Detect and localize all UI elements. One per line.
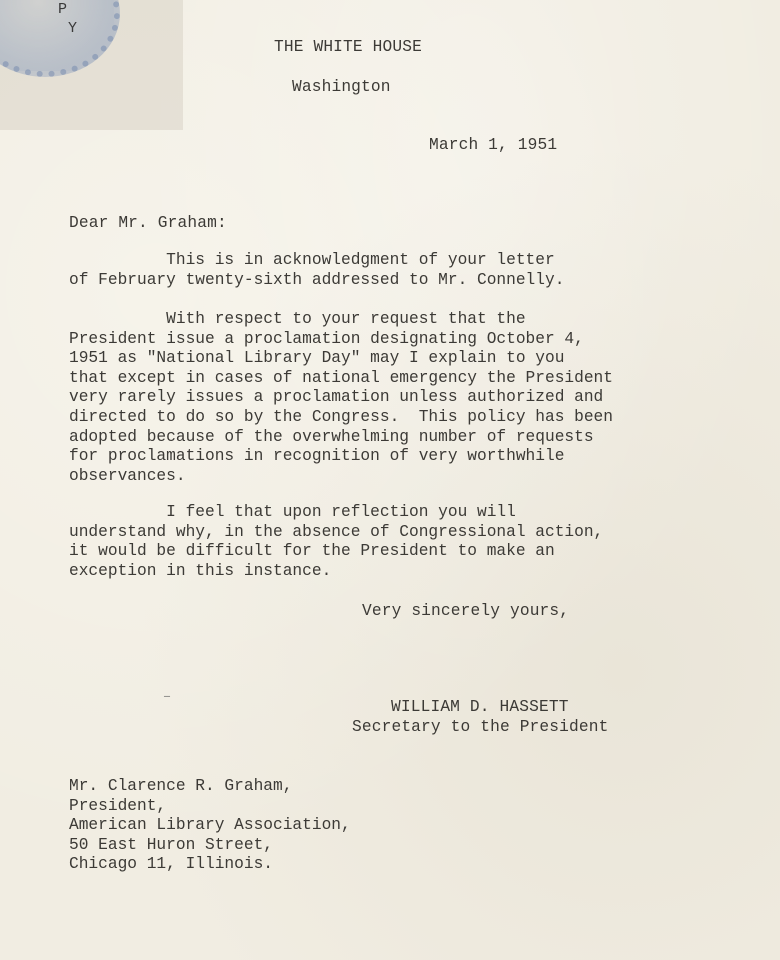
paragraph-line: for proclamations in recognition of very… bbox=[69, 447, 613, 467]
paragraph-line: 1951 as "National Library Day" may I exp… bbox=[69, 349, 613, 369]
signature-title: Secretary to the President bbox=[352, 717, 608, 737]
paragraph-line: This is in acknowledgment of your letter bbox=[69, 251, 564, 271]
paragraph-line: adopted because of the overwhelming numb… bbox=[69, 428, 613, 448]
body-paragraph-3: I feel that upon reflection you will und… bbox=[69, 503, 603, 581]
recipient-address: Mr. Clarence R. Graham, President, Ameri… bbox=[69, 777, 351, 875]
paragraph-line: observances. bbox=[69, 467, 613, 487]
letter-date: March 1, 1951 bbox=[429, 135, 557, 155]
paragraph-line: With respect to your request that the bbox=[69, 310, 613, 330]
paragraph-line: exception in this instance. bbox=[69, 562, 603, 582]
paragraph-line: President issue a proclamation designati… bbox=[69, 330, 613, 350]
address-line: President, bbox=[69, 797, 351, 817]
signature-name: WILLIAM D. HASSETT bbox=[391, 697, 569, 717]
closing: Very sincerely yours, bbox=[362, 601, 569, 621]
ink-mark: — bbox=[164, 692, 170, 703]
address-line: 50 East Huron Street, bbox=[69, 836, 351, 856]
paragraph-line: I feel that upon reflection you will bbox=[69, 503, 603, 523]
letterhead-city: Washington bbox=[292, 77, 391, 97]
copy-stamp-letter: P bbox=[58, 2, 67, 17]
paragraph-line: that except in cases of national emergen… bbox=[69, 369, 613, 389]
letterhead-title: THE WHITE HOUSE bbox=[274, 37, 422, 57]
body-paragraph-2: With respect to your request that the Pr… bbox=[69, 310, 613, 486]
address-line: Mr. Clarence R. Graham, bbox=[69, 777, 351, 797]
address-line: Chicago 11, Illinois. bbox=[69, 855, 351, 875]
copy-stamp-letter: Y bbox=[68, 21, 77, 36]
paragraph-line: directed to do so by the Congress. This … bbox=[69, 408, 613, 428]
paragraph-line: of February twenty-sixth addressed to Mr… bbox=[69, 271, 564, 291]
paragraph-line: understand why, in the absence of Congre… bbox=[69, 523, 603, 543]
paragraph-line: it would be difficult for the President … bbox=[69, 542, 603, 562]
salutation: Dear Mr. Graham: bbox=[69, 213, 227, 233]
paragraph-line: very rarely issues a proclamation unless… bbox=[69, 388, 613, 408]
body-paragraph-1: This is in acknowledgment of your letter… bbox=[69, 251, 564, 290]
address-line: American Library Association, bbox=[69, 816, 351, 836]
